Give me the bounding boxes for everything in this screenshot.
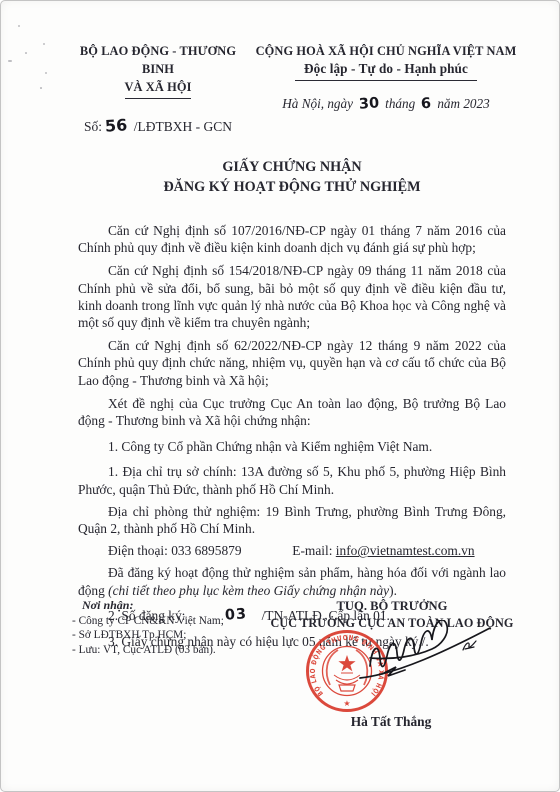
date-month-handwritten: 6	[421, 96, 432, 113]
scan-speckle	[40, 87, 42, 89]
head-office-address-line: 1. Địa chỉ trụ sở chính: 13A đường số 5,…	[78, 463, 506, 497]
email-label: E-mail:	[292, 543, 332, 558]
national-motto: Độc lập - Tự do - Hạnh phúc	[304, 61, 468, 76]
document-number: Số:56 /LĐTBXH - GCN	[64, 116, 252, 135]
org-name-line1: BỘ LAO ĐỘNG - THƯƠNG BINH	[80, 44, 236, 76]
company-name-line: 1. Công ty Cổ phần Chứng nhận và Kiểm ng…	[78, 438, 506, 455]
date-line: Hà Nội, ngày30tháng6năm 2023	[252, 96, 520, 112]
certificate-body: Căn cứ Nghị định số 107/2016/NĐ-CP ngày …	[78, 222, 506, 656]
email-value: info@vietnamtest.com.vn	[336, 543, 475, 558]
signing-authority-line1: TUQ. BỘ TRƯỞNG	[264, 599, 520, 614]
motto-underline	[295, 80, 477, 81]
date-mid: tháng	[385, 96, 415, 111]
signer-name: Hà Tất Thắng	[328, 714, 454, 730]
scan-speckle	[43, 43, 45, 45]
certificate-title-line2: ĐĂNG KÝ HOẠT ĐỘNG THỬ NGHIỆM	[78, 179, 506, 196]
document-number-label: Số:	[84, 119, 102, 134]
recital-paragraph: Xét đề nghị của Cục trưởng Cục An toàn l…	[78, 395, 506, 429]
org-name-line2: VÀ XÃ HỘI	[125, 80, 192, 94]
recipients-label: Nơi nhận:	[82, 598, 224, 613]
date-day-handwritten: 30	[358, 95, 379, 112]
scanned-certificate-page: BỘ LAO ĐỘNG - THƯƠNG BINH VÀ XÃ HỘI Số:5…	[0, 0, 560, 792]
scan-speckle	[25, 52, 27, 54]
lab-address-line: Địa chỉ phòng thử nghiệm: 19 Bình Trưng,…	[78, 503, 506, 537]
seal-center-star	[338, 655, 355, 671]
registered-activity-note: (chi tiết theo phụ lục kèm theo Giấy chứ…	[108, 583, 389, 598]
recital-paragraph: Căn cứ Nghị định số 107/2016/NĐ-CP ngày …	[78, 222, 506, 256]
org-underline	[125, 98, 191, 99]
recipients-block: Nơi nhận: - Công ty CP CN&KN Việt Nam; -…	[72, 598, 224, 657]
certificate-title-line1: GIẤY CHỨNG NHẬN	[78, 159, 506, 176]
document-number-suffix: /LĐTBXH - GCN	[134, 119, 232, 134]
issuing-org-block: BỘ LAO ĐỘNG - THƯƠNG BINH VÀ XÃ HỘI Số:5…	[64, 42, 252, 135]
recipient-item: - Sở LĐTBXH Tp.HCM;	[72, 628, 224, 643]
phone-label: Điện thoại:	[108, 543, 168, 558]
scan-speckle	[8, 60, 12, 62]
national-motto-block: CỘNG HOÀ XÃ HỘI CHỦ NGHĨA VIỆT NAM Độc l…	[252, 42, 520, 135]
date-suffix: năm 2023	[437, 96, 489, 111]
scan-speckle	[18, 25, 20, 27]
recipient-item: - Công ty CP CN&KN Việt Nam;	[72, 614, 224, 629]
contact-line: Điện thoại: 033 6895879 E-mail: info@vie…	[78, 542, 506, 559]
national-title: CỘNG HOÀ XÃ HỘI CHỦ NGHĨA VIỆT NAM	[256, 44, 517, 58]
scan-speckle	[45, 72, 47, 74]
certificate-title: GIẤY CHỨNG NHẬN ĐĂNG KÝ HOẠT ĐỘNG THỬ NG…	[78, 159, 506, 196]
phone-value: 033 6895879	[171, 543, 241, 558]
recipient-item: - Lưu: VT, Cục ATLĐ (03 bản).	[72, 643, 224, 658]
seal-bottom-star: ★	[343, 699, 350, 708]
registered-activity-end: ).	[389, 583, 397, 598]
registered-activity-paragraph: Đã đăng ký hoạt động thử nghiệm sản phẩm…	[78, 564, 506, 598]
date-prefix: Hà Nội, ngày	[282, 96, 353, 111]
document-header: BỘ LAO ĐỘNG - THƯƠNG BINH VÀ XÃ HỘI Số:5…	[64, 42, 520, 135]
recital-paragraph: Căn cứ Nghị định số 62/2022/NĐ-CP ngày 1…	[78, 337, 506, 389]
handwritten-signature	[356, 620, 494, 684]
recital-paragraph: Căn cứ Nghị định số 154/2018/NĐ-CP ngày …	[78, 262, 506, 331]
document-number-handwritten: 56	[104, 115, 128, 136]
